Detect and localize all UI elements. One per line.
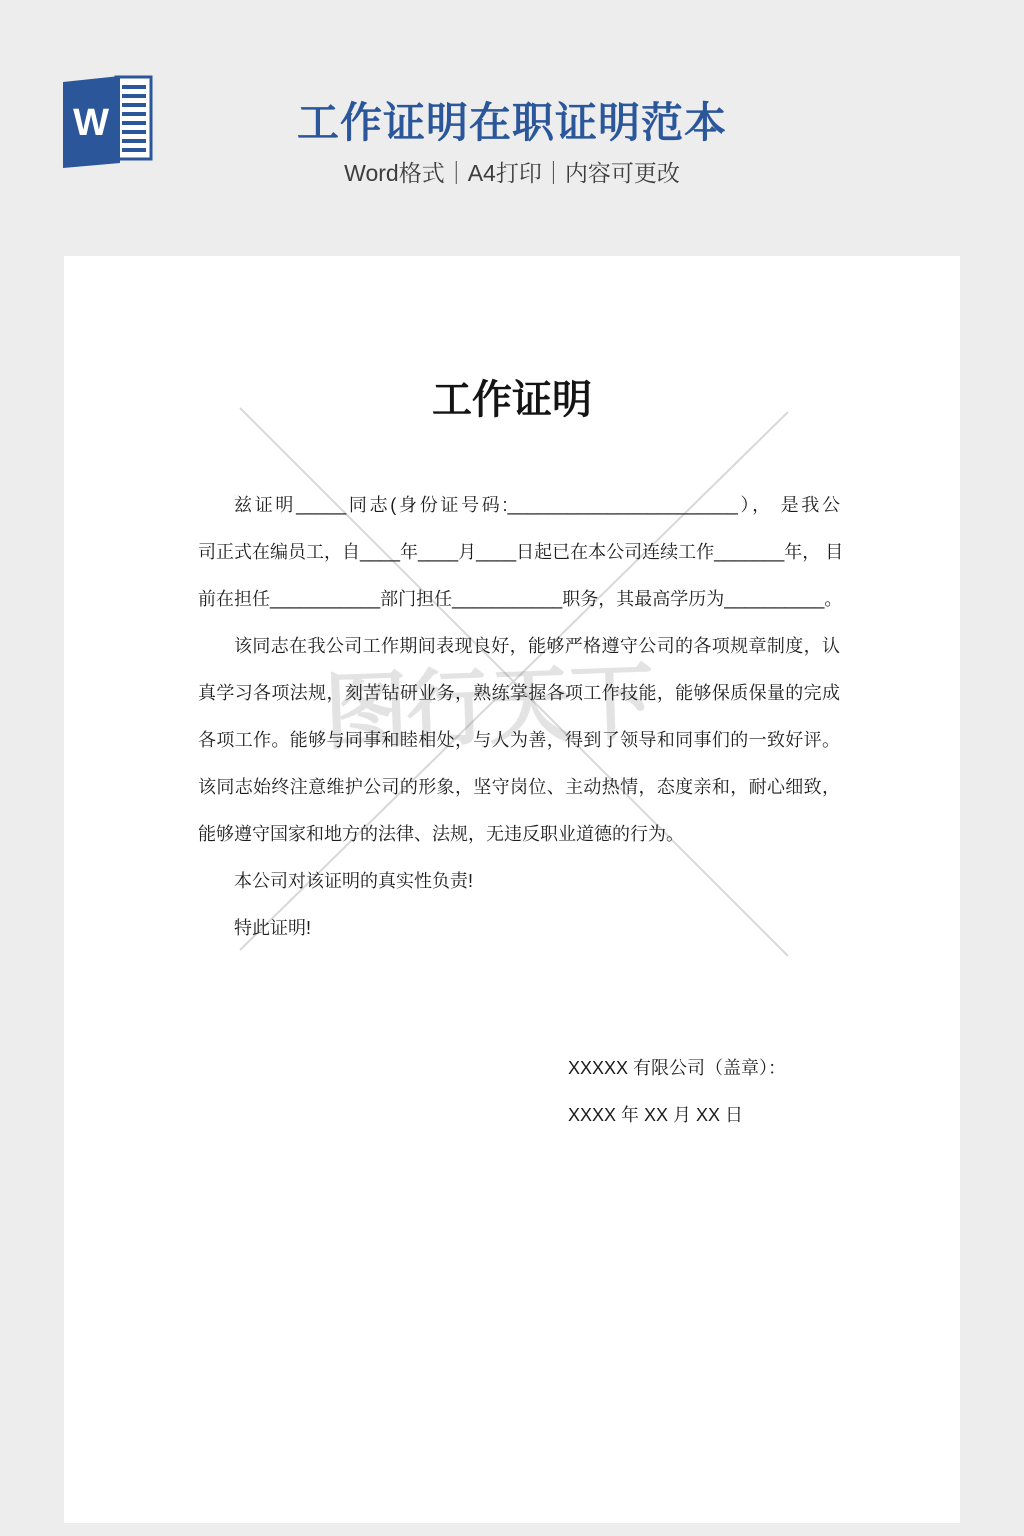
template-preview-canvas: W 工作证明在职证明范本 Word格式｜A4打印｜内容可更改 图行天下 工作证明…: [0, 0, 1024, 1536]
body-line: 本公司对该证明的真实性负责!: [198, 858, 840, 905]
template-subtitle: Word格式｜A4打印｜内容可更改: [0, 155, 1024, 188]
document-title: 工作证明: [64, 376, 960, 424]
body-line: 特此证明!: [198, 905, 840, 952]
signature-date-line: XXXX 年 XX 月 XX 日: [568, 1092, 786, 1139]
signature-block: XXXXX 有限公司（盖章）： XXXX 年 XX 月 XX 日: [568, 1045, 786, 1139]
body-line: 该同志在我公司工作期间表现良好，能够严格遵守公司的各项规章制度，认: [198, 623, 840, 670]
body-line: 兹证明_____同志(身份证号码:_______________________…: [198, 482, 840, 529]
body-line: 能够遵守国家和地方的法律、法规，无违反职业道德的行为。: [198, 811, 840, 858]
template-title: 工作证明在职证明范本: [0, 90, 1024, 150]
signature-company-line: XXXXX 有限公司（盖章）：: [568, 1045, 786, 1092]
body-line: 司正式在编员工，自____年____月____日起已在本公司连续工作______…: [198, 529, 840, 576]
body-line: 真学习各项法规，刻苦钻研业务，熟练掌握各项工作技能，能够保质保量的完成: [198, 670, 840, 717]
body-line: 前在担任___________部门担任___________职务，其最高学历为_…: [198, 576, 840, 623]
body-line: 该同志始终注意维护公司的形象，坚守岗位、主动热情，态度亲和，耐心细致，: [198, 764, 840, 811]
body-line: 各项工作。能够与同事和睦相处，与人为善，得到了领导和同事们的一致好评。: [198, 717, 840, 764]
document-body: 兹证明_____同志(身份证号码:_______________________…: [198, 482, 840, 952]
